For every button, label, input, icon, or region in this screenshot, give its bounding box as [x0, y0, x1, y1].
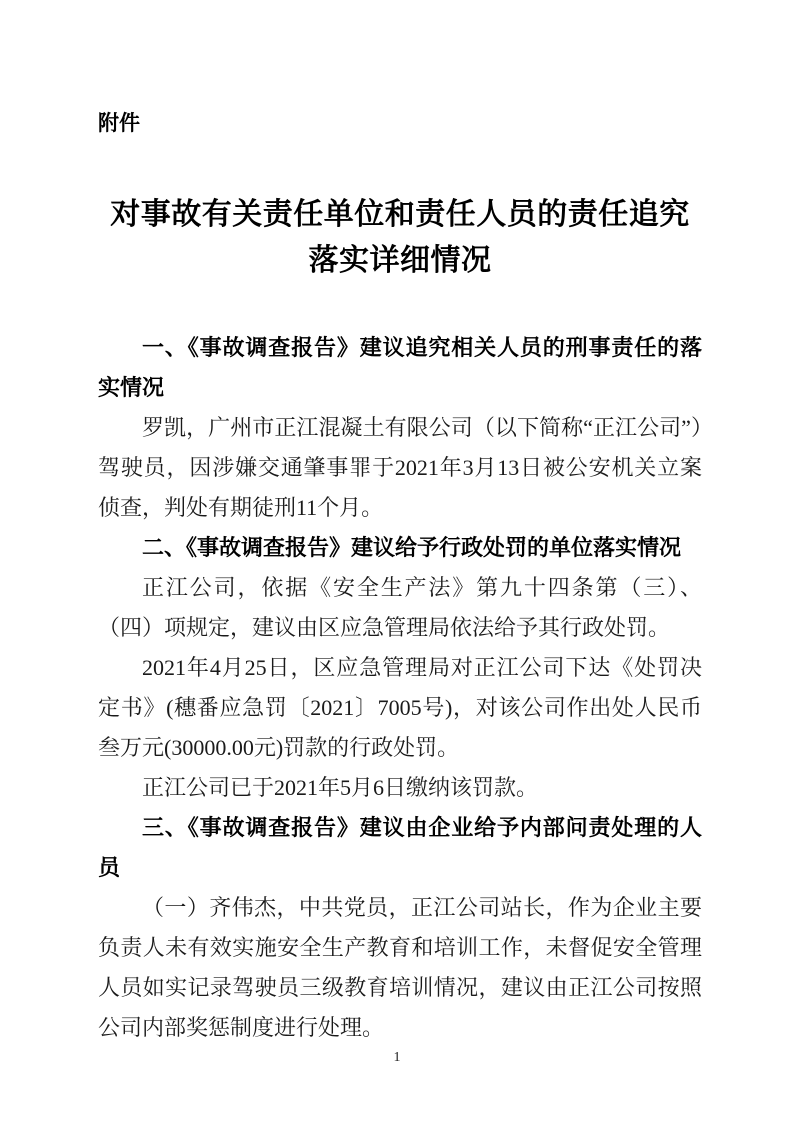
paragraph-fine-paid: 正江公司已于2021年5月6日缴纳该罚款。: [98, 768, 702, 808]
paragraph-penalty-decision: 2021年4月25日，区应急管理局对正江公司下达《处罚决定书》(穗番应急罚〔20…: [98, 648, 702, 768]
document-page: 附件 对事故有关责任单位和责任人员的责任追究 落实详细情况 一、《事故调查报告》…: [0, 0, 794, 1123]
document-body: 一、《事故调查报告》建议追究相关人员的刑事责任的落实情况 罗凯，广州市正江混凝土…: [98, 328, 702, 1048]
document-title: 对事故有关责任单位和责任人员的责任追究 落实详细情况: [98, 192, 702, 284]
section-heading-2: 二、《事故调查报告》建议给予行政处罚的单位落实情况: [98, 528, 702, 568]
paragraph-internal-accountability: （一）齐伟杰，中共党员，正江公司站长，作为企业主要负责人未有效实施安全生产教育和…: [98, 888, 702, 1048]
paragraph-criminal-liability: 罗凯，广州市正江混凝土有限公司（以下简称“正江公司”）驾驶员，因涉嫌交通肇事罪于…: [98, 408, 702, 528]
paragraph-admin-penalty-basis: 正江公司，依据《安全生产法》第九十四条第（三）、（四）项规定，建议由区应急管理局…: [98, 568, 702, 648]
section-heading-1: 一、《事故调查报告》建议追究相关人员的刑事责任的落实情况: [98, 328, 702, 408]
attachment-label: 附件: [98, 112, 702, 136]
page-number: 1: [0, 1048, 794, 1068]
section-heading-3: 三、《事故调查报告》建议由企业给予内部问责处理的人员: [98, 808, 702, 888]
